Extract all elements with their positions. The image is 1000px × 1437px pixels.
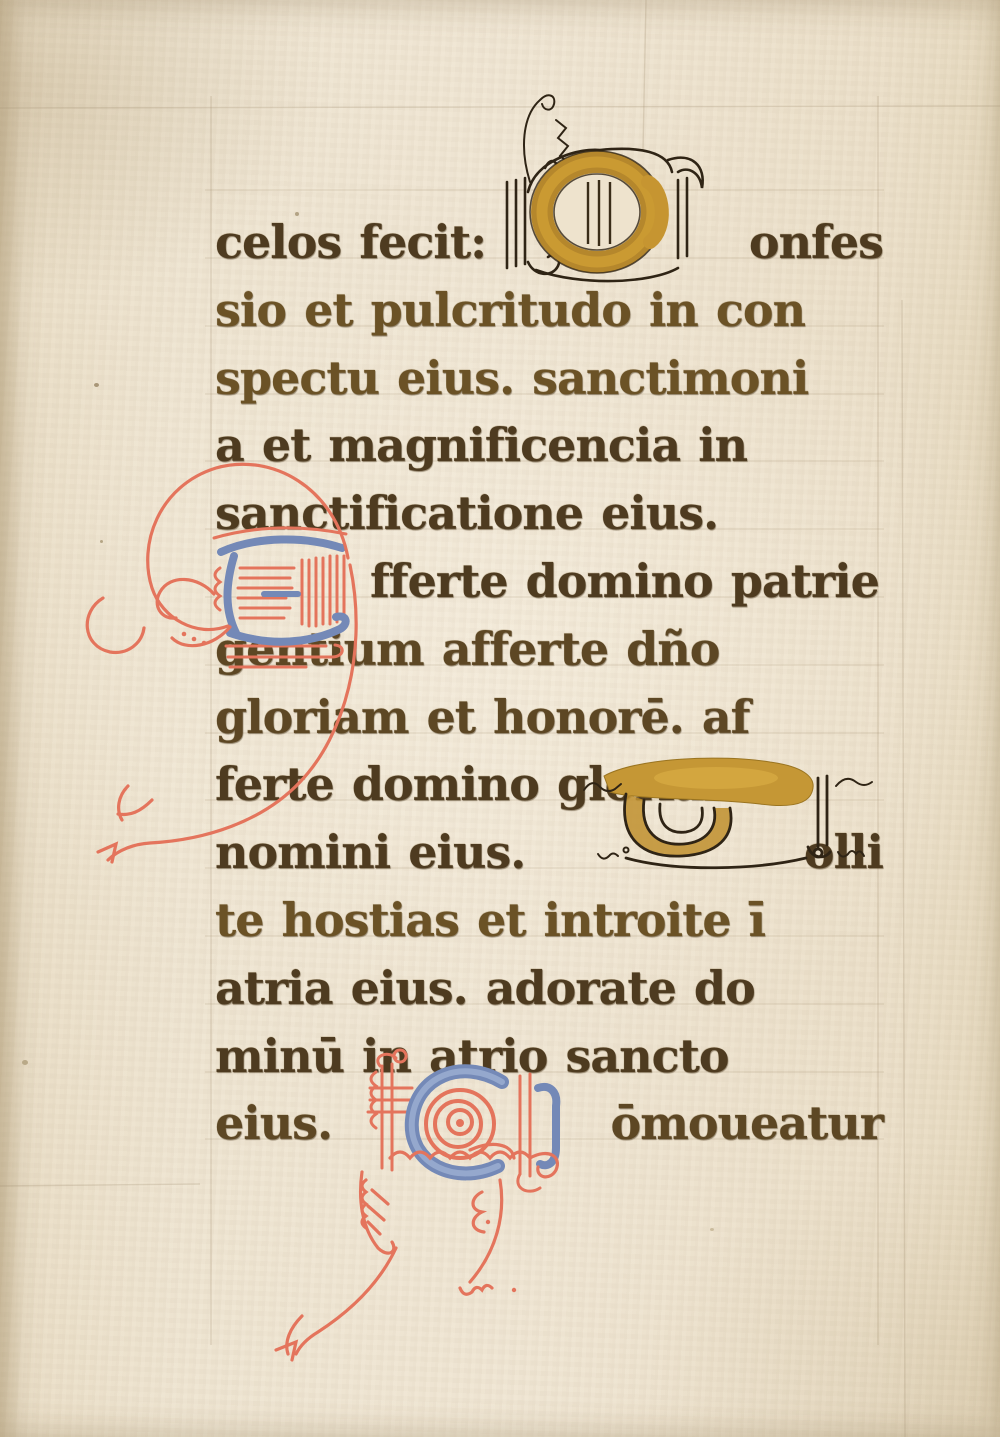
text-line: a et magnificencia in [215, 415, 883, 475]
line-text: gloriam et honorē. af [215, 690, 749, 744]
line-text: onfes [749, 212, 883, 272]
red-spiral [426, 1090, 494, 1158]
gold-letter-body [530, 151, 664, 273]
parchment-speck [710, 1228, 714, 1231]
parchment-speck [100, 540, 103, 543]
text-line: sio et pulcritudo in con [215, 280, 883, 340]
illuminated-initial-C-gold [498, 86, 713, 281]
text-line: spectu eius. sanctimoni [215, 348, 883, 408]
text-line: te hostias et introite ī [215, 890, 883, 950]
line-text: te hostias et introite ī [215, 893, 765, 947]
line-text: celos fecit: [215, 212, 486, 272]
blue-strapwork [221, 539, 346, 641]
line-text: sio et pulcritudo in con [215, 283, 805, 337]
parchment-speck [22, 1060, 28, 1065]
line-text: atria eius. adorate do [215, 961, 755, 1015]
manuscript-page: celos fecit: onfes sio et pulcritudo in … [0, 0, 1000, 1437]
line-text: eius. [215, 1093, 332, 1153]
illuminated-initial-T-gold [580, 750, 880, 880]
line-text: fferte domino patrie [370, 554, 879, 608]
line-text: ōmoueatur [611, 1093, 883, 1153]
parchment-speck [94, 383, 99, 387]
line-text: spectu eius. sanctimoni [215, 351, 808, 405]
illuminated-initial-C-blue [352, 1048, 572, 1213]
text-line: gloriam et honorē. af [215, 687, 883, 747]
line-text: a et magnificencia in [215, 418, 747, 472]
text-line: atria eius. adorate do [215, 958, 883, 1018]
line-text: nomini eius. [215, 822, 525, 882]
illuminated-initial-A-blue [206, 516, 362, 668]
